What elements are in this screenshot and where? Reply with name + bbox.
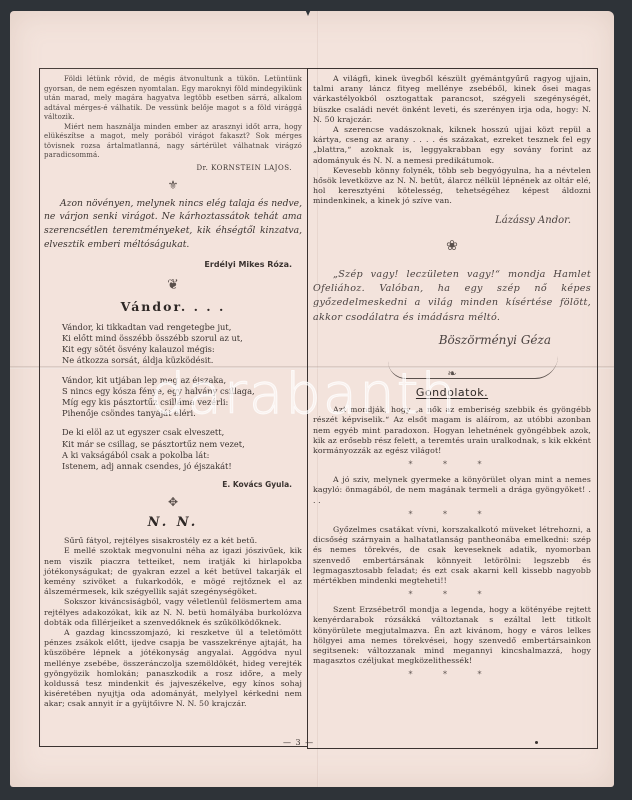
gondolatok-section: Gondolatok. Azt mondják, hogy „a nők az …: [313, 386, 591, 679]
gondolatok-paragraph: Győzelmes csatákat vívni, korszakalkotó …: [313, 525, 591, 586]
gondolatok-paragraph: Szent Erzsébetről mondja a legenda, hogy…: [313, 605, 591, 666]
poem-line: Kit már se csillag, se pásztortűz nem ve…: [62, 439, 302, 450]
nn-paragraph: E mellé szoktak megvonulni néha az igazi…: [44, 546, 302, 597]
poem-line: Istenem, adj annak csendes, jó éjszakát!: [62, 461, 302, 472]
boszormenyi-signature: Böszörményi Géza: [313, 333, 551, 347]
nn-paragraph: A világfi, kinek üvegből készült gyémánt…: [313, 74, 591, 125]
kornstein-signature: Dr. KORNSTEIN LAJOS.: [44, 164, 292, 172]
section-separator: * * *: [313, 510, 591, 519]
nn-section: N. N. Sűrű fátyol, rejtélyes sisakrostél…: [44, 515, 302, 709]
poem-line: Ne átkozza sorsát, áldja küzködésit.: [62, 355, 302, 366]
poem-line: Vándor, ki tikkadtan vad rengetegbe jut,: [62, 322, 302, 333]
poem-line: S nincs egy kósza fénye, egy halvány csi…: [62, 386, 302, 397]
left-column: Földi létünk rövid, de mégis átvonultunk…: [44, 75, 302, 710]
nn-paragraph: A gazdag kincsszomjazó, ki reszketve ül …: [44, 628, 302, 710]
mikes-signature: Erdélyi Mikes Róza.: [44, 260, 292, 269]
poem-line: Míg egy kis pásztortűz csillámа vezérli:: [62, 397, 302, 408]
poem-stanza: Vándor, ki tikkadtan vad rengetegbe jut,…: [62, 322, 302, 367]
flower-ornament-icon: ❀: [313, 238, 591, 254]
vandor-poem: Vándor. . . . Vándor, ki tikkadtan vad r…: [44, 299, 302, 489]
right-column: A világfi, kinek üvegből készült gyémánt…: [313, 74, 591, 685]
boszormenyi-quote-text: „Szép vagy! leczületen vagy!“ mondja Ham…: [313, 268, 591, 326]
gondolatok-paragraph: Azt mondják, hogy „a nők az emberiség sz…: [313, 405, 591, 456]
nn-paragraph: Kevesebb könny folynék, több seb begyógy…: [313, 166, 591, 207]
poem-line: Ki előtt mind összébb összébb szorul az …: [62, 333, 302, 344]
nn-paragraph: Sokszor kiváncsiságból, vagy véletlenül …: [44, 597, 302, 628]
nn-paragraph: A szerencse vadászoknak, kiknek hosszú u…: [313, 125, 591, 166]
poem-line: A ki vakságából csak a pokolba lát:: [62, 450, 302, 461]
ornament-icon: ⚜: [44, 178, 302, 192]
intro-section: Földi létünk rövid, de mégis átvonultunk…: [44, 75, 302, 172]
mikes-quote-section: Azon növényen, melynek nincs elég talaja…: [44, 197, 302, 269]
ink-dot: [535, 741, 538, 744]
poem-title: Vándor. . . .: [44, 299, 302, 314]
poem-line: Vándor, kit utjában lep meg az éjszaka,: [62, 375, 302, 386]
flower-ornament-icon: ❦: [44, 277, 302, 293]
poem-line: Kit egy sötét ösvény kalauzol mégis:: [62, 344, 302, 355]
mikes-quote-text: Azon növényen, melynek nincs elég talaja…: [44, 197, 302, 252]
intro-paragraph: Földi létünk rövid, de mégis átvonultunk…: [44, 75, 302, 123]
gondolatok-paragraph: A jó sziv, melynek gyermeke a könyörület…: [313, 475, 591, 506]
boszormenyi-quote-section: „Szép vagy! leczületen vagy!“ mondja Ham…: [313, 268, 591, 348]
section-separator: * * *: [313, 460, 591, 469]
poem-stanza: De ki elöl az ut egyszer csak elveszett,…: [62, 427, 302, 472]
nn-title: N. N.: [44, 515, 302, 530]
poem-stanza: Vándor, kit utjában lep meg az éjszaka, …: [62, 375, 302, 420]
poem-line: De ki elöl az ut egyszer csak elveszett,: [62, 427, 302, 438]
kovacs-signature: E. Kovács Gyula.: [44, 480, 292, 489]
nn-paragraph: Sűrű fátyol, rejtélyes sisakrostély ez a…: [44, 536, 302, 546]
intro-paragraph: Miért nem használja minden ember az aras…: [44, 123, 302, 161]
poem-line: Pihenője csöndes tanyáját eléri.: [62, 408, 302, 419]
section-separator: * * *: [313, 670, 591, 679]
signature-flourish: [388, 356, 558, 379]
gondolatok-title: Gondolatok.: [313, 386, 591, 399]
ornament-icon: ✥: [44, 495, 302, 509]
nn-continued-section: A világfi, kinek üvegből készült gyémánt…: [313, 74, 591, 226]
section-separator: * * *: [313, 590, 591, 599]
page-number: — 3 —: [283, 738, 314, 747]
lazassy-signature: Lázássy Andor.: [313, 215, 571, 226]
